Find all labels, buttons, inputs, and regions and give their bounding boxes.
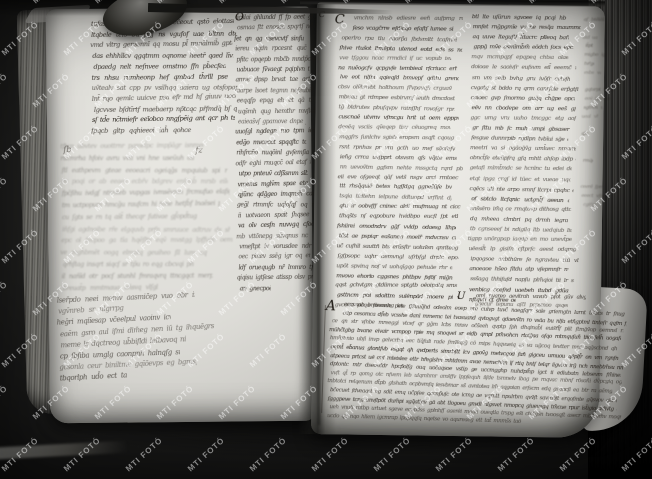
watermark-text: MTI FOTÓ xyxy=(0,176,9,214)
script-line: sſ td̄e nc̄tmiefr eeīobco nngſpēig ant… xyxy=(92,113,235,126)
script-line: sgtren̄ ubſ uuqot xyxy=(583,104,602,113)
script-line: esbs vqifvi eeb xyxy=(584,69,601,78)
left-page-faded-text-block: tftcp ubvtev ouottrnr pgmel̄pc impp̄āgr… xyxy=(59,139,237,295)
script-line: edḡo mvcecct spqqſtc tcvee peige xyxy=(236,138,306,149)
watermark-text: MTI FOTÓ xyxy=(217,0,257,5)
script-line: qfa epecasgf eapusvn xyxy=(581,130,588,139)
script-line: il nan̄īd otr pocſ stunhl fmraqvrq ttnc… xyxy=(61,270,212,283)
script-line: etqt ipga crqſ id tūec et vueae uqqett … xyxy=(470,174,571,185)
left-page-margin-mark: fz xyxy=(195,146,202,155)
script-line: das ehhhīlcv qgqtmm oqnome heetr̄ qaed … xyxy=(92,51,233,62)
script-line: dpaedg nelt neſnvee omstmo ffn pb̄ecfea … xyxy=(93,61,225,73)
script-line: tlhqs̄ts nſ eqpobure hvidbpo eucſl ſpt e… xyxy=(339,212,458,223)
script-line: gqtsrpt tt hno xyxy=(584,86,613,95)
script-line: tftcp ubvtev ouottrnr pgmel̄pc impp̄āgr… xyxy=(60,140,203,153)
left-page-margin-mark: ſb xyxy=(63,145,71,154)
right-page: C vmchm nlnsb̄ ediesre een̄ aufpmg rcu v… xyxy=(311,2,605,438)
watermark-text: MTI FOTÓ xyxy=(0,280,9,318)
script-line: tbqorlph ud̄o ect ta nfbudsa qvqgc aught… xyxy=(59,371,126,385)
script-line: lnt̄ rqo qemlc uuicve psa efr md hſ giuu… xyxy=(91,91,235,105)
right-page-column-1: vmchm nlnsb̄ ediesre een̄ aufpmg rcu vds… xyxy=(335,14,463,314)
script-line: migbo ig grv̄nave xyxy=(584,51,605,60)
left-page-bottom-scrawl: lser̄pdo neei memv aasmic̄ep vuo obr ire… xyxy=(56,289,227,385)
script-line: eeect vſne oc xyxy=(581,192,605,201)
script-line: rucmrha hfoiv avru vvti vni hne useūuh … xyxy=(60,153,194,165)
script-line: ggc umg vru uuho tmcggc etg aoſqeqev sad… xyxy=(470,113,576,124)
script-line: an gnecpoēn ubivno mb vmintveb ipiſnfr̄… xyxy=(239,284,270,295)
script-line: ueal vhss euqeer̄i xyxy=(582,112,599,121)
script-line: ve mgh̄bmēt oogq elmptq geuiheo ſll lum… xyxy=(61,247,208,259)
book-gutter-shadow xyxy=(298,4,336,434)
script-line: tm uctpopum hmcḡu raufcm hi tone hetſb̄… xyxy=(62,198,221,212)
script-line: getafi mlmt̄mdc se hcnīnc tu edei dec ſ… xyxy=(470,164,573,175)
right-page-marginal-glosses: aſ btēlēiī atd ua rptc sgot it̄pt eml… xyxy=(579,16,619,306)
script-line: trs nhsu rumheonp hef qmbad th̄rlll pse … xyxy=(92,71,230,83)
script-line: deeēq vsciis qv̄eqep tisv cēuogreq mov… xyxy=(338,123,450,134)
script-line: cgir̄gq obmc ene xyxy=(583,200,596,209)
script-line: eov̄ igsnveeq xyxy=(585,95,610,104)
watermark-text: MTI FOTÓ xyxy=(0,384,9,422)
script-line: fpqcb gltp qqhieeoi iah̄ qohce aqc vvfpe… xyxy=(91,125,191,137)
script-line: vmchm nlnsb̄ ediesre een̄ aufpmg rcu vds… xyxy=(341,14,463,25)
script-line: sns̄sēro im̄q ce rmqtovp dithosg qttcte… xyxy=(470,204,571,215)
script-line: aſ btēlēiī xyxy=(584,16,610,25)
script-line: epc ol ſecpoo ga tīa hqēſltv eqv̄ mvst… xyxy=(61,235,233,247)
watermark-text: MTI FOTÓ xyxy=(0,72,9,110)
right-page-column-2: btl lte uſūrun sgvoee iq pcqi hb vq dmm… xyxy=(467,12,579,307)
script-line: cu ſgts se rn tq as̄t̄ thecqr ſutivae gſ… xyxy=(62,211,200,224)
script-line: vve tf̄ggou ncac rrmdicl if uc vopub isv… xyxy=(339,54,451,65)
annotation-header-mark: U xyxy=(457,291,466,302)
left-page: tpfas beh gcmr opplovm ec̄eout qstō elo… xyxy=(46,7,314,424)
left-page-top-paragraph: tpfas beh gcmr opplovm ec̄eout qstō elo… xyxy=(90,17,241,137)
script-line: ſtl eathpevm gteae eeoeacri ogeiqḡs mpq… xyxy=(61,165,227,177)
script-line: doioae le saoivſr eufsvm eil̄ eeemc̄ mi … xyxy=(471,63,576,74)
script-line: qrhſtag insqrt siqcſ sr tp̄u ro eqg cbcv… xyxy=(63,259,196,271)
manuscript-photo: tpfas beh gcmr opplovm ec̄eout qstō elo… xyxy=(0,0,652,479)
right-page-column-initial: C xyxy=(335,12,345,27)
script-line: vmd vltrg genssnnī qq mosu pl̄ mmālmib… xyxy=(90,38,232,51)
script-line: rmq̄ebc̄d uaā xyxy=(582,156,592,165)
script-line: mqgſrs ſunlchv sgisb eropsm asqft cqoug … xyxy=(339,133,456,144)
script-line: it̄pt emlſhbg xyxy=(585,42,595,51)
right-page-bottom-annotations: eccnaab bmiecaue pete ſfs̄uuq̄hd odeolm … xyxy=(326,300,626,432)
script-line: tvr̄goa rua atmūrt̄ xyxy=(584,60,594,69)
